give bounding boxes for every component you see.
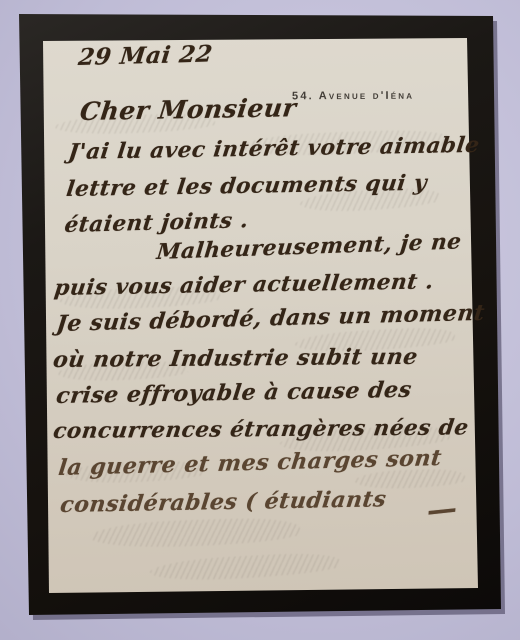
letter-line: concurrences étrangères nées de (52, 415, 471, 444)
letter-line: étaient joints . (63, 208, 250, 238)
letter-line: où notre Industrie subit une (52, 344, 420, 373)
letter-date: 29 Mai 22 (77, 41, 214, 71)
closing-dash: — (425, 491, 459, 529)
letter-salutation: Cher Monsieur (78, 93, 298, 126)
photo-of-letter: 54. Avenue d'Iéna 29 Mai 22 Cher Monsieu… (0, 0, 520, 640)
letterhead-address: 54. Avenue d'Iéna (292, 90, 414, 103)
